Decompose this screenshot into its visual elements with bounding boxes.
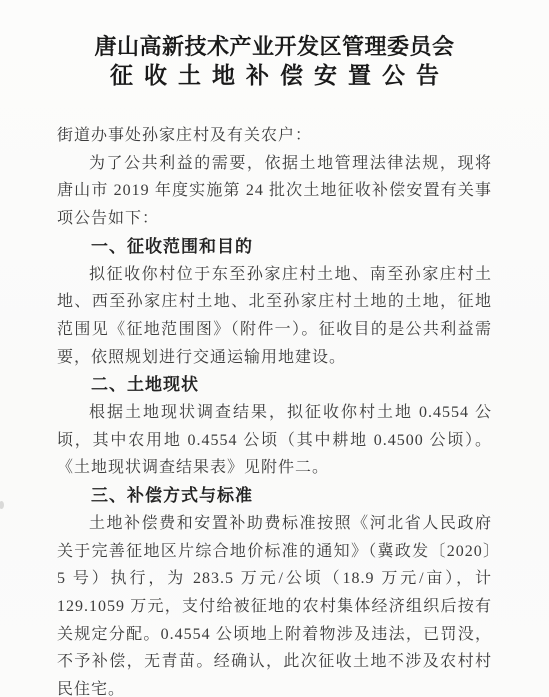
scan-smudge-mark: [0, 501, 4, 509]
issuing-authority-title: 唐山高新技术产业开发区管理委员会: [0, 32, 549, 61]
section-2-heading: 二、土地现状: [57, 371, 492, 399]
announcement-title: 征收土地补偿安置公告: [11, 61, 549, 90]
section-2-body: 根据土地现状调查结果，拟征收你村土地 0.4554 公顷，其中农用地 0.455…: [57, 399, 492, 482]
salutation-line: 街道办事处孙家庄村及有关农户：: [57, 122, 492, 150]
document-title: 唐山高新技术产业开发区管理委员会 征收土地补偿安置公告: [0, 0, 549, 90]
announcement-page: 唐山高新技术产业开发区管理委员会 征收土地补偿安置公告 街道办事处孙家庄村及有关…: [0, 0, 549, 697]
intro-paragraph: 为了公共利益的需要，依据土地管理法律法规，现将唐山市 2019 年度实施第 24…: [57, 150, 492, 233]
section-1-heading: 一、征收范围和目的: [57, 233, 492, 261]
section-3-heading: 三、补偿方式与标准: [57, 482, 492, 510]
document-body: 街道办事处孙家庄村及有关农户： 为了公共利益的需要，依据土地管理法律法规，现将唐…: [57, 122, 492, 697]
section-3-body: 土地补偿费和安置补助费标准按照《河北省人民政府关于完善征地区片综合地价标准的通知…: [57, 510, 492, 697]
section-1-body: 拟征收你村位于东至孙家庄村土地、南至孙家庄村土地、西至孙家庄村土地、北至孙家庄村…: [57, 261, 492, 372]
